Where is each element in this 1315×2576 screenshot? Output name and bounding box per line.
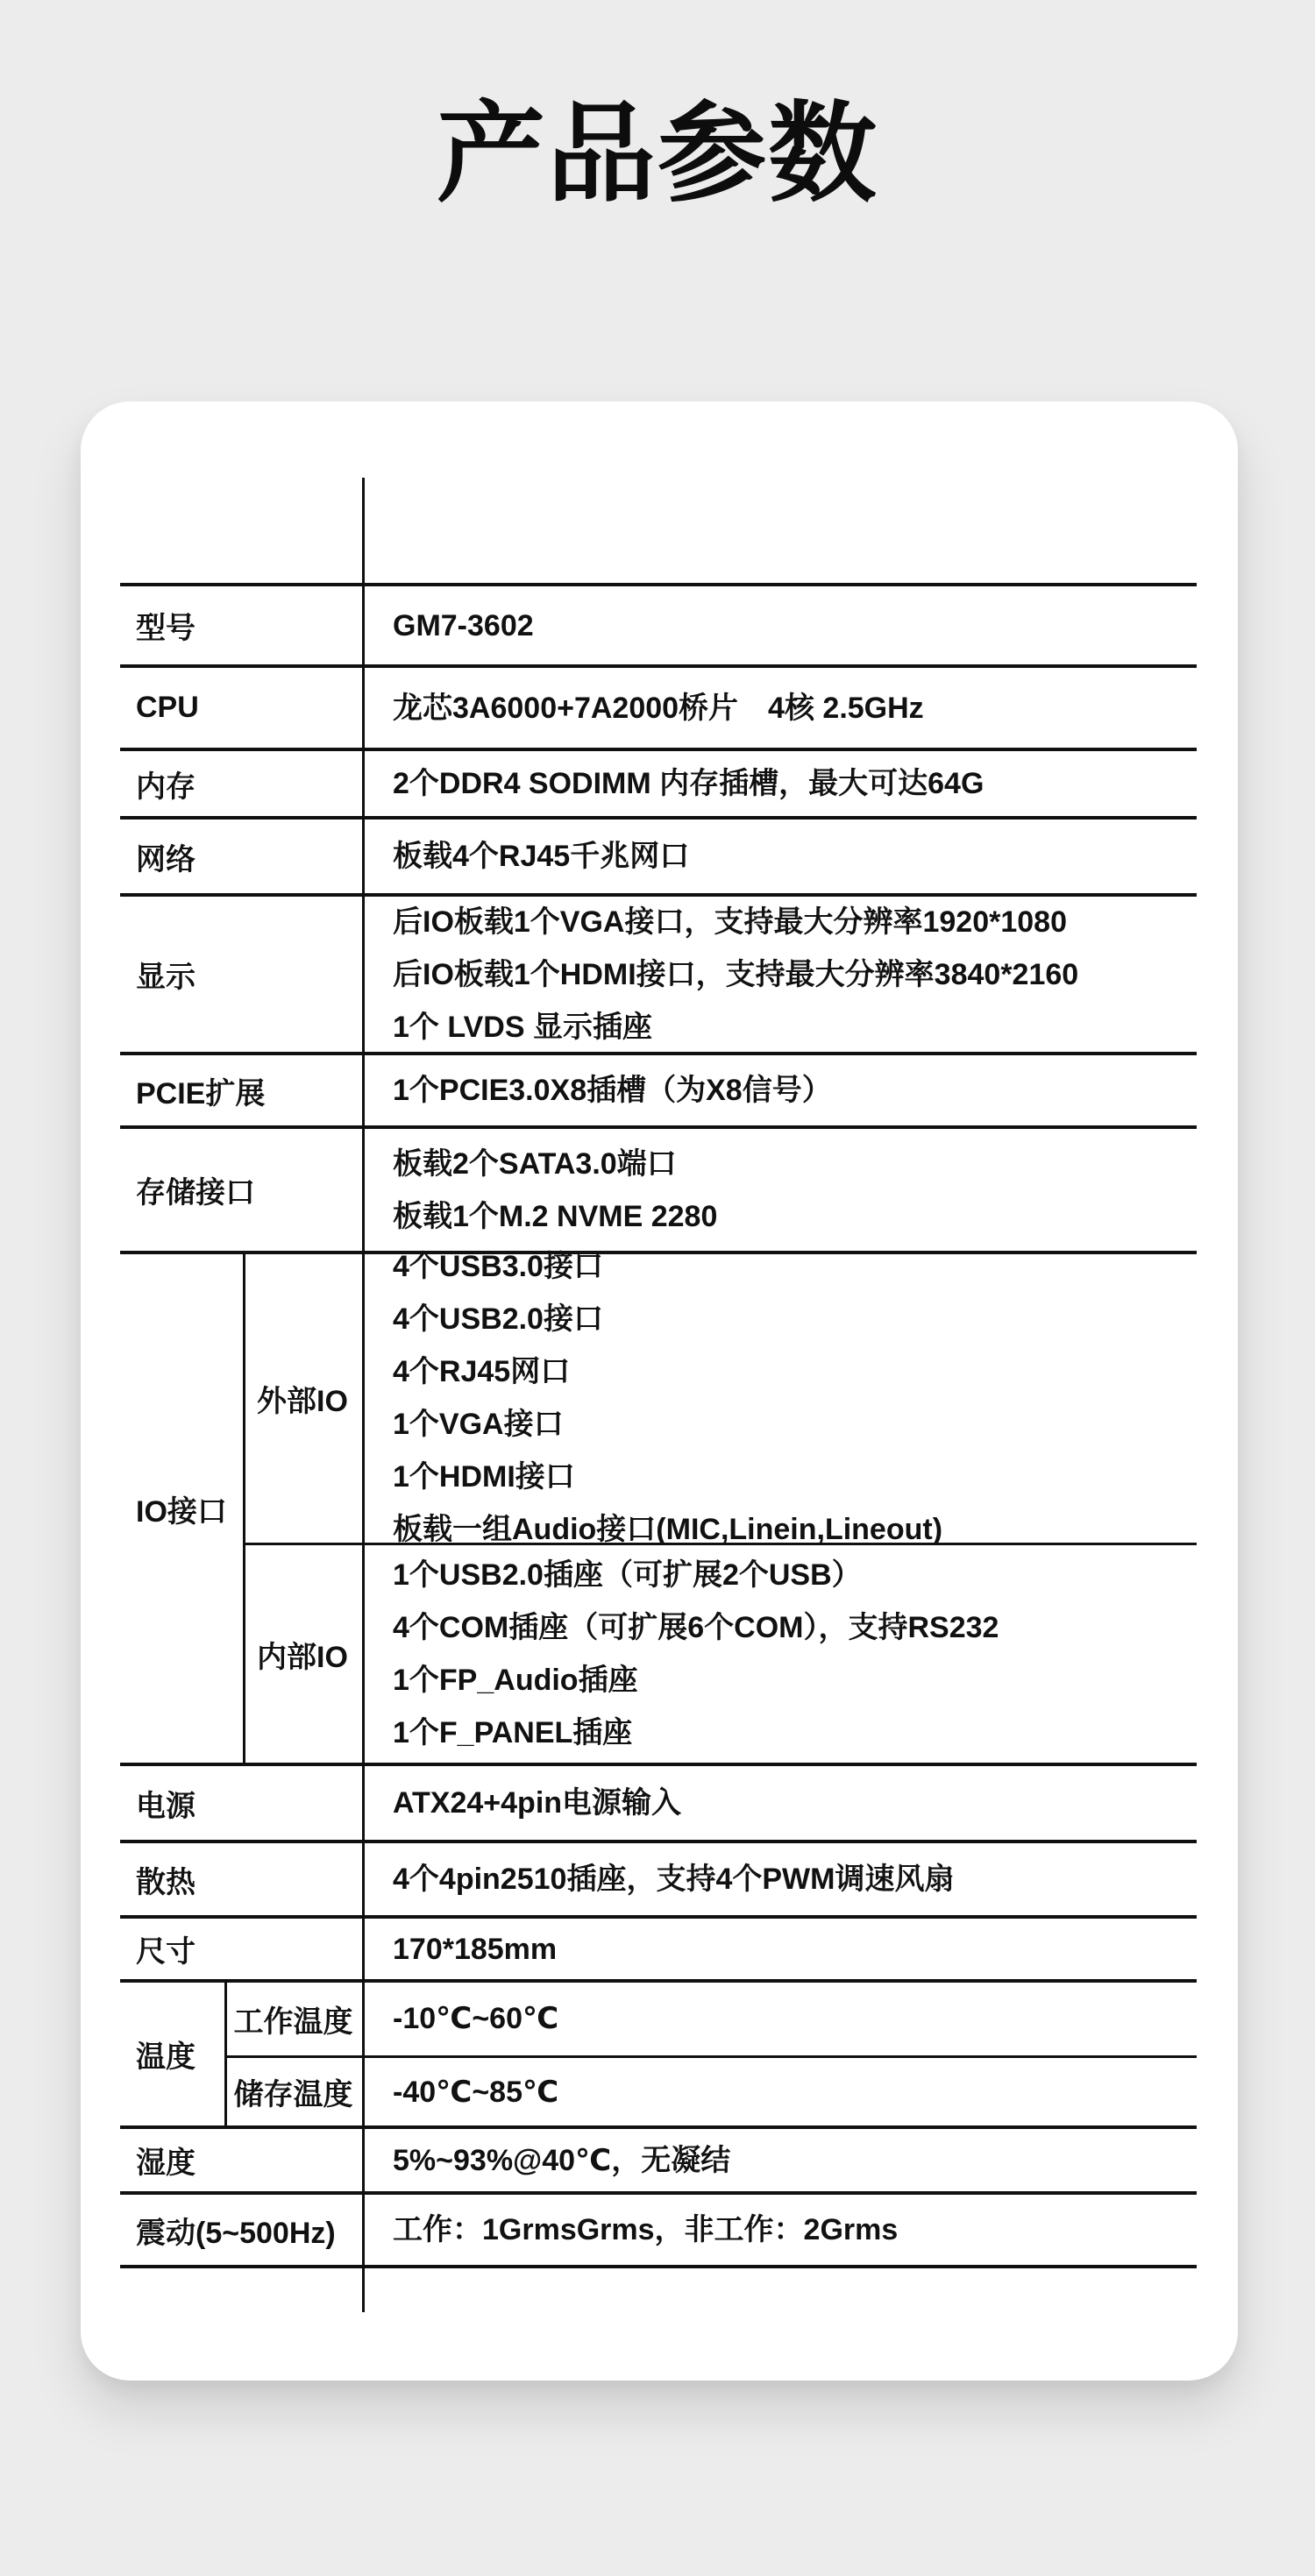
spec-value-external-io: 4个USB3.0接口 4个USB2.0接口 4个RJ45网口 1个VGA接口 1…: [362, 1253, 1197, 1543]
spec-value-line: 板载4个RJ45千兆网口: [393, 830, 1197, 883]
spec-value-line: 板载2个SATA3.0端口: [393, 1138, 1197, 1190]
spec-value-line: 2个DDR4 SODIMM 内存插槽，最大可达64G: [393, 757, 1197, 810]
spec-label-network: 网络: [120, 818, 362, 895]
spec-value-line: 1个FP_Audio插座: [393, 1654, 1197, 1707]
spec-value-cpu: 龙芯3A6000+7A2000桥片 4核 2.5GHz: [362, 666, 1197, 749]
spec-value-power: ATX24+4pin电源输入: [362, 1764, 1197, 1842]
spec-label-io: IO接口: [120, 1253, 243, 1764]
spec-sublabel-operating-temp: 工作温度: [224, 1981, 362, 2056]
spec-label-pcie: PCIE扩展: [120, 1054, 362, 1127]
spec-label-cpu: CPU: [120, 666, 362, 749]
spec-value-line: 1个F_PANEL插座: [393, 1707, 1197, 1759]
spec-value-line: 4个USB3.0接口: [393, 1240, 1197, 1293]
spec-value-line: 170*185mm: [393, 1923, 1197, 1976]
spec-value-line: 工作：1GrmsGrms，非工作：2Grms: [393, 2203, 1197, 2256]
spec-value-dimensions: 170*185mm: [362, 1917, 1197, 1981]
spec-value-network: 板载4个RJ45千兆网口: [362, 818, 1197, 895]
spec-value-memory: 2个DDR4 SODIMM 内存插槽，最大可达64G: [362, 749, 1197, 818]
spec-value-operating-temp: -10℃~60℃: [362, 1981, 1197, 2056]
spec-value-display: 后IO板载1个VGA接口，支持最大分辨率1920*1080 后IO板载1个HDM…: [362, 895, 1197, 1054]
spec-label-cooling: 散热: [120, 1842, 362, 1917]
spec-label-humidity: 湿度: [120, 2127, 362, 2193]
spec-value-line: 龙芯3A6000+7A2000桥片 4核 2.5GHz: [393, 682, 1197, 734]
spec-label-dimensions: 尺寸: [120, 1917, 362, 1981]
spec-value-line: 5%~93%@40℃，无凝结: [393, 2134, 1197, 2187]
spec-value-line: 1个USB2.0插座（可扩展2个USB）: [393, 1549, 1197, 1601]
spec-label-vibration: 震动(5~500Hz): [120, 2193, 362, 2267]
spec-value-pcie: 1个PCIE3.0X8插槽（为X8信号）: [362, 1054, 1197, 1127]
spec-value-humidity: 5%~93%@40℃，无凝结: [362, 2127, 1197, 2193]
spec-value-line: 1个 LVDS 显示插座: [393, 1001, 1197, 1054]
spec-value-line: 后IO板载1个HDMI接口，支持最大分辨率3840*2160: [393, 948, 1197, 1001]
spec-value-line: 4个RJ45网口: [393, 1345, 1197, 1398]
spec-label-memory: 内存: [120, 749, 362, 818]
spec-card: 型号 GM7-3602 CPU 龙芯3A6000+7A2000桥片 4核 2.5…: [81, 401, 1238, 2381]
spec-label-storage: 存储接口: [120, 1127, 362, 1253]
spec-label-model: 型号: [120, 585, 362, 666]
spec-value-line: ATX24+4pin电源输入: [393, 1777, 1197, 1829]
spec-value-line: 1个HDMI接口: [393, 1451, 1197, 1503]
spec-value-line: 板载1个M.2 NVME 2280: [393, 1190, 1197, 1243]
spec-value-line: 后IO板载1个VGA接口，支持最大分辨率1920*1080: [393, 896, 1197, 948]
spec-value-line: 4个COM插座（可扩展6个COM），支持RS232: [393, 1601, 1197, 1654]
spec-sublabel-storage-temp: 储存温度: [224, 2056, 362, 2127]
spec-value-line: -10℃~60℃: [393, 1992, 1197, 2045]
spec-value-cooling: 4个4pin2510插座，支持4个PWM调速风扇: [362, 1842, 1197, 1917]
spec-value-internal-io: 1个USB2.0插座（可扩展2个USB） 4个COM插座（可扩展6个COM），支…: [362, 1543, 1197, 1764]
spec-value-storage: 板载2个SATA3.0端口 板载1个M.2 NVME 2280: [362, 1127, 1197, 1253]
spec-value-model: GM7-3602: [362, 585, 1197, 666]
spec-label-temperature: 温度: [120, 1981, 224, 2127]
spec-label-power: 电源: [120, 1764, 362, 1842]
spec-value-line: GM7-3602: [393, 600, 1197, 652]
spec-sublabel-internal-io: 内部IO: [243, 1543, 362, 1764]
spec-sublabel-external-io: 外部IO: [243, 1253, 362, 1543]
spec-value-line: 4个4pin2510插座，支持4个PWM调速风扇: [393, 1853, 1197, 1905]
spec-value-line: -40℃~85℃: [393, 2066, 1197, 2118]
page-title: 产品参数: [0, 84, 1315, 224]
spec-value-storage-temp: -40℃~85℃: [362, 2056, 1197, 2127]
spec-value-line: 4个USB2.0接口: [393, 1293, 1197, 1345]
spec-value-line: 1个VGA接口: [393, 1398, 1197, 1451]
spec-value-vibration: 工作：1GrmsGrms，非工作：2Grms: [362, 2193, 1197, 2267]
spec-label-display: 显示: [120, 895, 362, 1054]
spec-value-line: 1个PCIE3.0X8插槽（为X8信号）: [393, 1064, 1197, 1117]
